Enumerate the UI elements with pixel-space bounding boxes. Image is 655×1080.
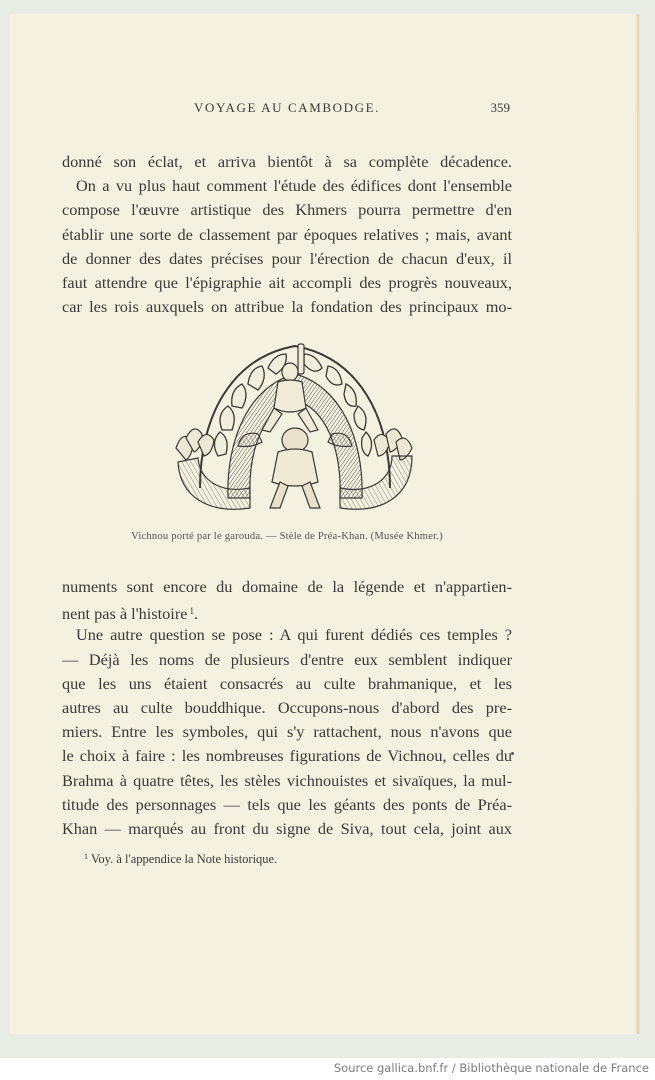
footnote: 1Voy. à l'appendice la Note historique. bbox=[84, 852, 277, 867]
source-attribution[interactable]: Source gallica.bnf.fr / Bibliothèque nat… bbox=[334, 1061, 649, 1075]
text-line: miers. Entre les symboles, qui s'y ratta… bbox=[62, 720, 512, 744]
text-line: — Déjà les noms de plusieurs d'entre eux… bbox=[62, 648, 512, 672]
text-line: On a vu plus haut comment l'étude des éd… bbox=[62, 174, 512, 198]
text-line: numents sont encore du domaine de la lég… bbox=[62, 575, 512, 599]
text-line: car les rois auxquels on attribue la fon… bbox=[62, 295, 512, 319]
text-line: Une autre question se pose : A qui furen… bbox=[62, 623, 512, 647]
text-line: nent pas à l'histoire bbox=[62, 604, 187, 623]
page-number: 359 bbox=[491, 100, 511, 116]
body-text-bottom: numents sont encore du domaine de la lég… bbox=[62, 575, 512, 841]
text-line: que les uns étaient consacrés au culte b… bbox=[62, 672, 512, 696]
running-head: VOYAGE AU CAMBODGE. 359 bbox=[62, 100, 512, 122]
engraving-illustration bbox=[170, 338, 420, 520]
figure-caption: Vichnou porté par le garouda. — Stèle de… bbox=[62, 531, 512, 542]
text-line: donné son éclat, et arriva bientôt à sa … bbox=[62, 150, 512, 174]
text-line: compose l'œuvre artistique des Khmers po… bbox=[62, 198, 512, 222]
text-line: Brahma à quatre têtes, les stèles vichno… bbox=[62, 769, 512, 793]
footnote-marker: 1 bbox=[84, 852, 88, 861]
vishnu-garuda-stele-icon bbox=[170, 338, 420, 520]
page-edge bbox=[637, 14, 639, 1034]
footnote-text: Voy. à l'appendice la Note historique. bbox=[91, 852, 277, 866]
text-line: Khan — marqués au front du signe de Siva… bbox=[62, 817, 512, 841]
scan-speck bbox=[511, 752, 514, 755]
sentence-end: . bbox=[194, 604, 198, 623]
text-line: titude des personnages — tels que les gé… bbox=[62, 793, 512, 817]
text-line: établir une sorte de classement par époq… bbox=[62, 223, 512, 247]
text-line: de donner des dates précises pour l'érec… bbox=[62, 247, 512, 271]
text-line: autres au culte bouddhique. Occupons-nou… bbox=[62, 696, 512, 720]
text-line: le choix à faire : les nombreuses figura… bbox=[62, 744, 512, 768]
body-text-top: donné son éclat, et arriva bientôt à sa … bbox=[62, 150, 512, 319]
text-line-with-footnote: nent pas à l'histoire1. bbox=[62, 599, 512, 623]
text-line: faut attendre que l'épigraphie ait accom… bbox=[62, 271, 512, 295]
running-title: VOYAGE AU CAMBODGE. bbox=[62, 100, 512, 116]
